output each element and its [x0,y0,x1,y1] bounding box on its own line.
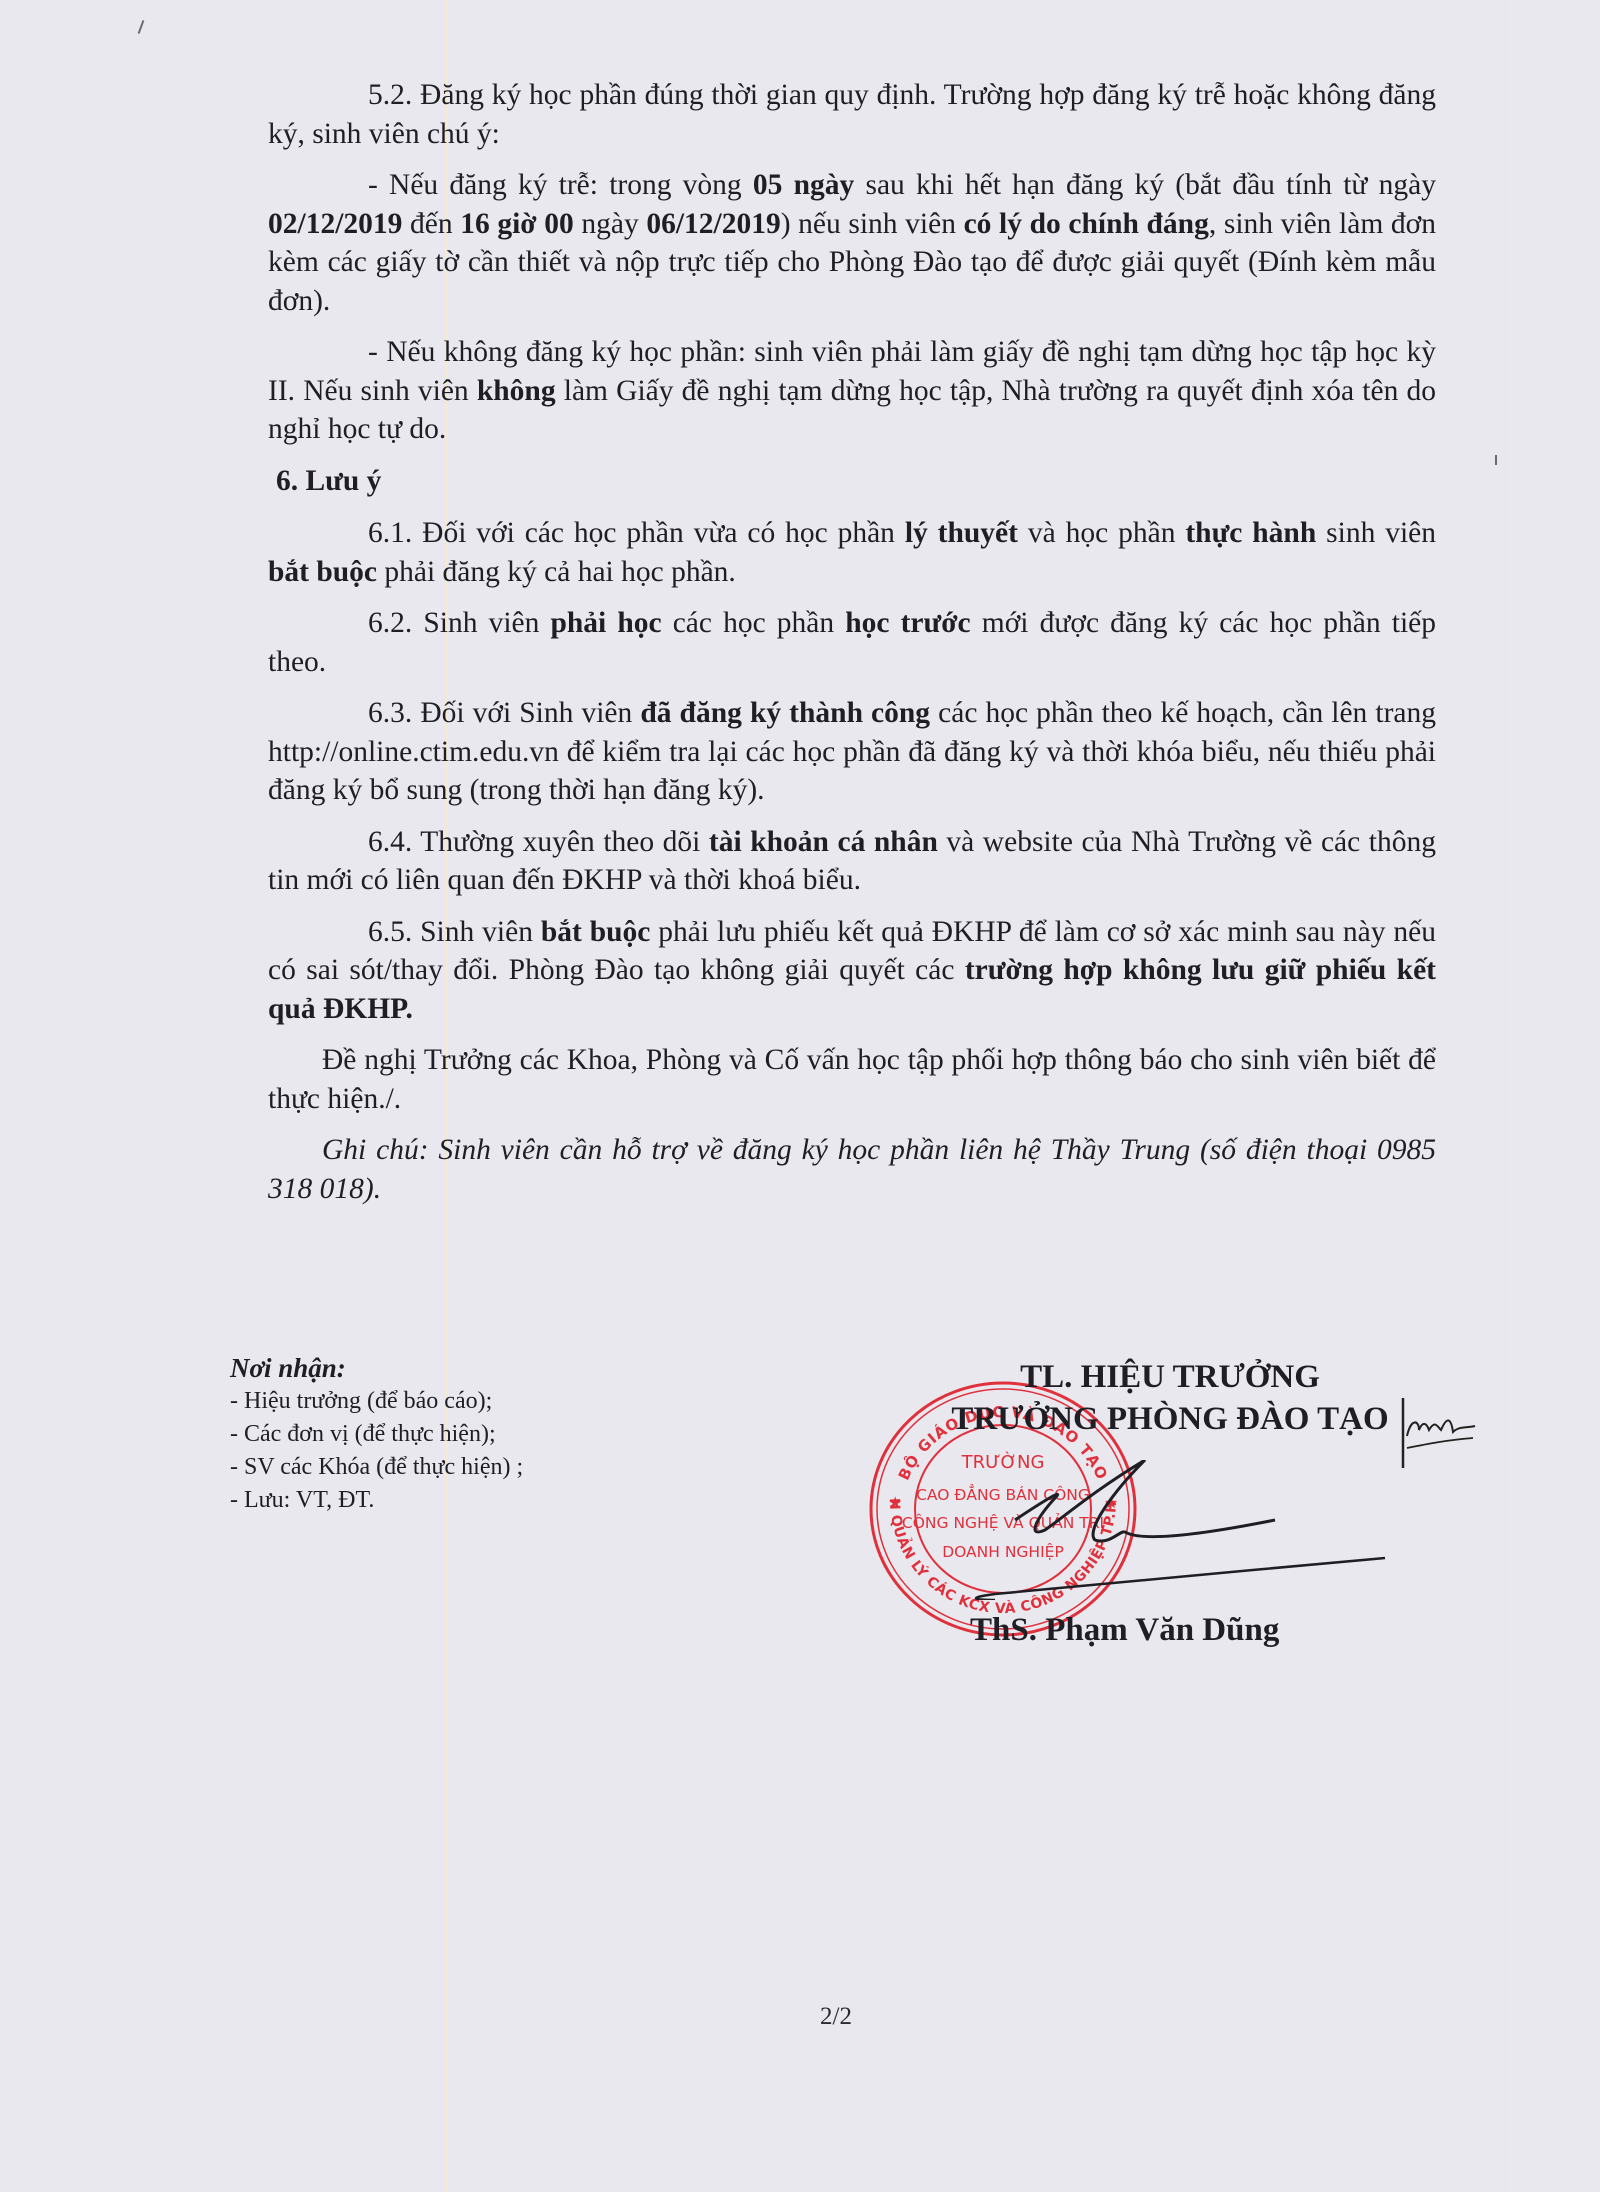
recipients-block: Nơi nhận: - Hiệu trưởng (để báo cáo); - … [230,1352,523,1517]
note-item-6-2: 6.2. Sinh viên phải học các học phần học… [268,604,1436,681]
recipient-item: - Các đơn vị (để thực hiện); [230,1418,523,1451]
text-run: 6.1. Đối với các học phần vừa có học phầ… [368,517,905,549]
scan-speck [138,20,145,34]
bold-text-run: tài khoản cá nhân [709,826,938,858]
text-run: 5.2. Đăng ký học phần đúng thời gian quy… [268,79,1436,150]
text-run: 6.2. Sinh viên [368,607,550,639]
text-run: 6.4. Thường xuyên theo dõi [368,826,709,858]
bold-text-run: 02/12/2019 [268,208,402,240]
bold-text-run: thực hành [1185,517,1316,549]
paragraph-not-registered: - Nếu không đăng ký học phần: sinh viên … [268,333,1436,449]
text-run: 6.5. Sinh viên [368,916,541,948]
note-item-6-1: 6.1. Đối với các học phần vừa có học phầ… [268,514,1436,591]
signature-title-line1: TL. HIỆU TRƯỞNG [890,1356,1450,1398]
document-body: 5.2. Đăng ký học phần đúng thời gian quy… [268,76,1436,1221]
text-run: và học phần [1018,517,1185,549]
bold-text-run: phải học [550,607,661,639]
text-run: ) nếu sinh viên [781,208,964,240]
svg-text:★: ★ [888,1493,902,1512]
section-6-heading: 6. Lưu ý [276,462,1436,501]
bold-text-run: 05 ngày [753,169,854,201]
text-run: ngày [574,208,647,240]
closing-request: Đề nghị Trưởng các Khoa, Phòng và Cố vấn… [268,1041,1436,1118]
bold-text-run: 16 giờ 00 [460,208,574,240]
text-run: đến [402,208,460,240]
text-run: 6.3. Đối với Sinh viên [368,697,640,729]
bold-text-run: học trước [845,607,970,639]
text-run: - Nếu đăng ký trễ: trong vòng [368,169,753,201]
text-run: sau khi hết hạn đăng ký (bắt đầu tính từ… [854,169,1436,201]
recipients-title: Nơi nhận: [230,1352,523,1385]
recipient-item: - Lưu: VT, ĐT. [230,1484,523,1517]
signer-name: ThS. Phạm Văn Dũng [970,1612,1279,1649]
note-item-6-3: 6.3. Đối với Sinh viên đã đăng ký thành … [268,694,1436,810]
text-run: các học phần [662,607,846,639]
recipient-item: - Hiệu trưởng (để báo cáo); [230,1385,523,1418]
bold-text-run: 06/12/2019 [646,208,780,240]
signature-title-line2: TRƯỞNG PHÒNG ĐÀO TẠO [890,1398,1450,1440]
page-number: 2/2 [820,2003,852,2031]
scan-speck [1495,455,1497,465]
note-item-6-4: 6.4. Thường xuyên theo dõi tài khoản cá … [268,823,1436,900]
scan-artifact-line-right [1505,0,1507,2192]
bold-text-run: lý thuyết [905,517,1018,549]
note-item-6-5: 6.5. Sinh viên bắt buộc phải lưu phiếu k… [268,913,1436,1029]
handwritten-signature-icon [935,1460,1395,1600]
bold-text-run: có lý do chính đáng [964,208,1209,240]
initials-mark-icon [1397,1396,1477,1470]
bold-text-run: đã đăng ký thành công [640,697,930,729]
signature-title-block: TL. HIỆU TRƯỞNG TRƯỞNG PHÒNG ĐÀO TẠO [890,1356,1450,1440]
text-run: phải đăng ký cả hai học phần. [377,556,736,588]
text-run: sinh viên [1316,517,1436,549]
bold-text-run: không [477,375,556,407]
bold-text-run: bắt buộc [268,556,377,588]
recipient-item: - SV các Khóa (để thực hiện) ; [230,1451,523,1484]
bold-text-run: bắt buộc [541,916,651,948]
contact-note: Ghi chú: Sinh viên cần hỗ trợ về đăng ký… [268,1131,1436,1208]
paragraph-late-registration: - Nếu đăng ký trễ: trong vòng 05 ngày sa… [268,166,1436,320]
paragraph-5-2: 5.2. Đăng ký học phần đúng thời gian quy… [268,76,1436,153]
